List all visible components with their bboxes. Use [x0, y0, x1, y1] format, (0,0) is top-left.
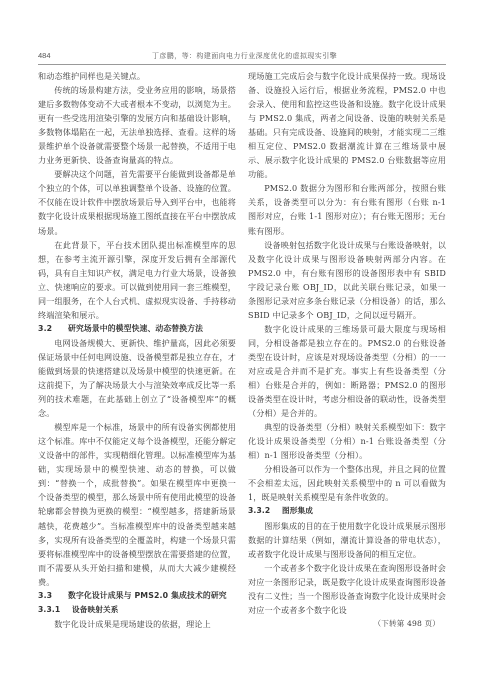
paragraph: 一个或者多个数字化设计成果在查询图形设备时会对应一条图形记录，既是数字化设计成果… — [248, 561, 446, 617]
section-title: 图形集成 — [282, 506, 313, 515]
header-rule — [38, 64, 446, 65]
page-header: 484 丁彦鹏，等：构建面向电力行业深度优化的虚拟现实引擎 — [38, 51, 446, 63]
section-number: 3.3.2 — [248, 504, 282, 518]
paragraph: 要解决这个问题，首先需要平台能做到设备都是单个独立的个体，可以单独调整单个设备、… — [38, 167, 236, 237]
section-title: 设备映射关系 — [72, 605, 118, 614]
left-column: 和动态维护同样也是关键点。传统的场景构建方法，受业务应用的影响，场景搭建后多数物… — [38, 69, 236, 631]
paragraph: 和动态维护同样也是关键点。 — [38, 69, 236, 83]
section-title: 研究场景中的模型快速、动态替换方法 — [68, 324, 203, 333]
paragraph: 图形集成的目的在于使用数字化设计成果展示图形数据的计算结果（例如，潮流计算设备的… — [248, 519, 446, 561]
paragraph: 数字化设计成果是现场建设的依据，理论上 — [38, 617, 236, 631]
subsection-heading: 3.3.1设备映射关系 — [38, 603, 236, 617]
continuation-note: （下转第 498 页） — [248, 617, 446, 631]
section-number: 3.2 — [38, 322, 68, 336]
paragraph: 模型库是一个标准，场景中的所有设备实例都使用这个标准。库中不仅能定义每个设备模型… — [38, 420, 236, 589]
paragraph: 传统的场景构建方法，受业务应用的影响，场景搭建后多数物体变动不大或者根本不变动，… — [38, 83, 236, 167]
section-number: 3.3 — [38, 589, 68, 603]
paragraph: 在此背景下，平台技术团队提出标准模型库的思想，在参考主流开源引擎，深度开发后拥有… — [38, 238, 236, 322]
paragraph: 分相设备可以作为一个整体出现，并且之间的位置不会相差太远，因此映射关系模型中的 … — [248, 462, 446, 504]
section-number: 3.3.1 — [38, 603, 72, 617]
section-heading: 3.2研究场景中的模型快速、动态替换方法 — [38, 322, 236, 336]
paragraph: 电网设备规模大、更新快、维护量高，因此必须要保证场景中任何电网设施、设备模型都是… — [38, 336, 236, 420]
paragraph: 现场施工完成后会与数字化设计成果保持一致。现场设备、设施投入运行后，根据业务流程… — [248, 69, 446, 181]
page-number: 484 — [38, 51, 51, 60]
running-title: 丁彦鹏，等：构建面向电力行业深度优化的虚拟现实引擎 — [152, 51, 337, 61]
right-column: 现场施工完成后会与数字化设计成果保持一致。现场设备、设施投入运行后，根据业务流程… — [248, 69, 446, 631]
subsection-heading: 3.3.2图形集成 — [248, 504, 446, 518]
paragraph: 数字化设计成果的三维场景可最大限度与现场相同，分相设备都是独立存在的。PMS2.… — [248, 322, 446, 420]
paragraph: PMS2.0 数据分为图形和台账两部分，按照台账关系，设备类型可以分为：有台账有… — [248, 181, 446, 237]
section-title: 数字化设计成果与 PMS2.0 集成技术的研究 — [68, 591, 227, 600]
paragraph: 设备映射包括数字化设计成果与台账设备映射，以及数字化设计成果与图形设备映射两部分… — [248, 238, 446, 322]
section-heading: 3.3数字化设计成果与 PMS2.0 集成技术的研究 — [38, 589, 236, 603]
paragraph: 典型的设备类型（分相）映射关系模型如下：数字化设计成果设备类型（分相）n-1 台… — [248, 420, 446, 462]
